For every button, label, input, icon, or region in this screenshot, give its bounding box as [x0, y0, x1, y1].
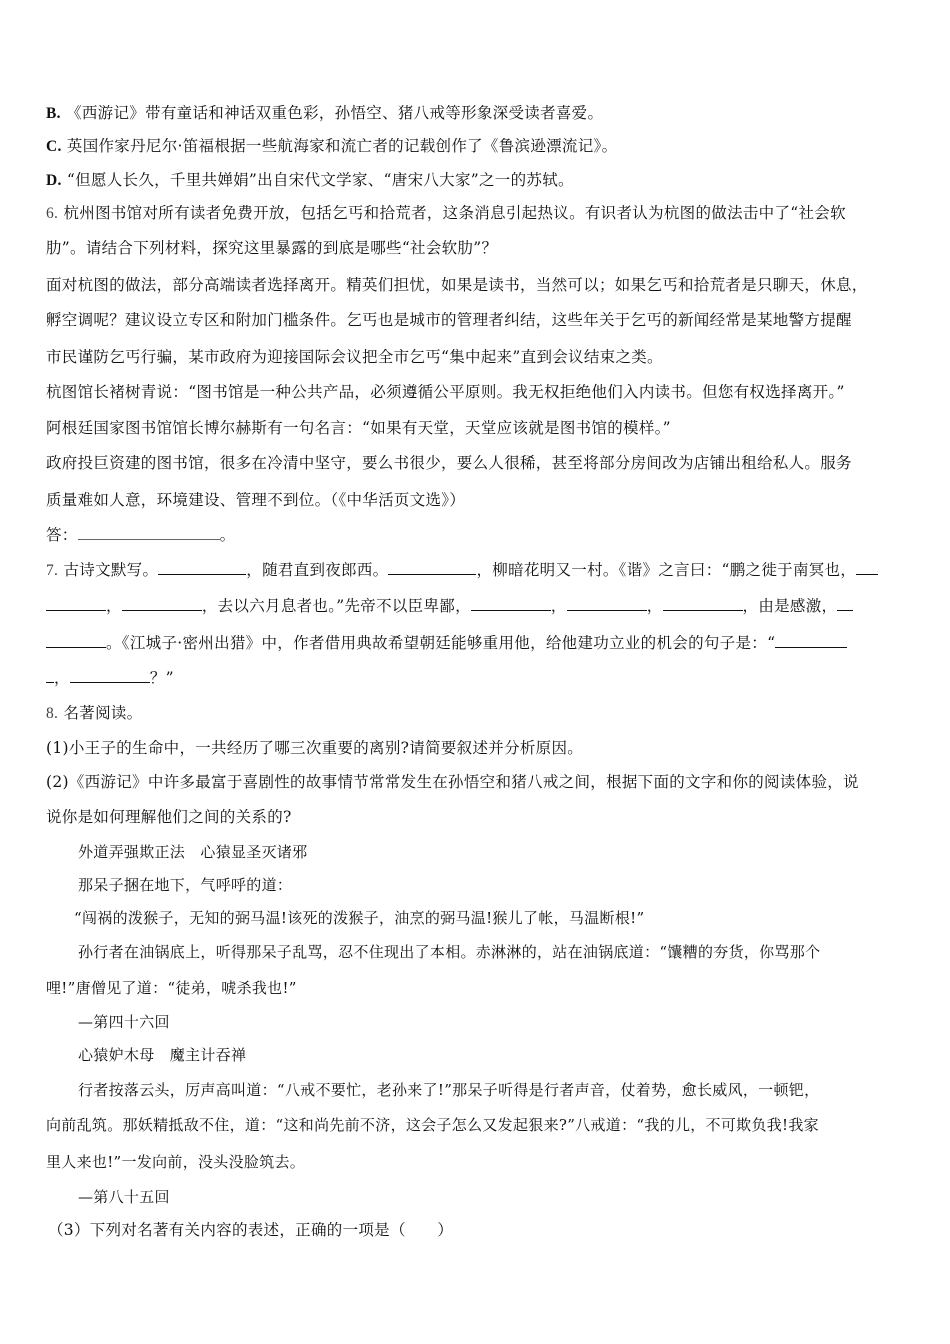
option-c: C. 英国作家丹尼尔·笛福根据一些航海家和流亡者的记载创作了《鲁滨逊漂流记》。: [46, 136, 617, 157]
excerpt2-title: 心猿妒木母 魔主计吞禅: [78, 1045, 246, 1065]
option-b-text: 《西游记》带有童话和神话双重色彩，孙悟空、猪八戒等形象深受读者喜爱。: [66, 104, 603, 122]
excerpt1-p1: 那呆子捆在地下，气呼呼的道：: [78, 875, 292, 895]
excerpt1-source: —第四十六回: [78, 1012, 170, 1032]
q7-text-2d: ，: [647, 597, 663, 615]
q6-material3: 阿根廷国家图书馆馆长博尔赫斯有一句名言：“如果有天堂，天堂应该就是图书馆的模样。…: [46, 418, 671, 438]
q6-prompt-line1: 6. 杭州图书馆对所有读者免费开放，包括乞丐和拾荒者，这条消息引起热议。有识者认…: [46, 203, 846, 224]
q7-blank-3a[interactable]: [856, 560, 878, 575]
option-d-text: “但愿人长久，千里共婵娟”出自宋代文学家、“唐宋八大家”之一的苏轼。: [67, 171, 574, 189]
q6-material2: 杭图馆长褚树青说：“图书馆是一种公共产品，必须遵循公平原则。我无权拒绝他们入内读…: [46, 382, 845, 402]
option-b-label: B.: [46, 105, 61, 122]
q7-text-4b: ？”: [150, 669, 174, 687]
q7-blank-9b[interactable]: [46, 668, 54, 683]
excerpt1-title: 外道弄强欺正法 心猿显圣灭诸邪: [78, 842, 308, 862]
q7-blank-2[interactable]: [388, 560, 476, 575]
option-d-label: D.: [46, 172, 62, 189]
q6-material1-line1: 面对杭图的做法，部分高端读者选择离开。精英们担忧，如果是读书，当然可以；如果乞丐…: [46, 275, 868, 295]
q7-line4: ，？”: [46, 668, 174, 688]
q6-material1-line3: 市民谨防乞丐行骗，某市政府为迎接国际会议把全市乞丐“集中起来”直到会议结束之类。: [46, 347, 663, 367]
excerpt2-p1-line1: 行者按落云头，厉声高叫道：“八戒不要忙，老孙来了!”那呆子听得是行者声音，仗着势…: [78, 1080, 819, 1100]
q8-title-line: 8. 名著阅读。: [46, 703, 142, 724]
q7-line1: 7. 古诗文默写。，随君直到夜郎西。，柳暗花明又一村。《谐》之言曰：“鹏之徙于南…: [46, 560, 878, 581]
q8-title: 名著阅读。: [63, 704, 142, 722]
q6-number: 6.: [46, 205, 58, 222]
q7-blank-1[interactable]: [158, 560, 246, 575]
q7-line3: 。《江城子·密州出猎》中，作者借用典故希望朝廷能够重用他，给他建功立业的机会的句…: [46, 633, 847, 653]
q6-prompt-line2: 肋”。请结合下列材料，探究这里暴露的到底是哪些“社会软肋”？: [46, 238, 497, 258]
q7-text-2a: ，: [106, 597, 122, 615]
q7-blank-5[interactable]: [471, 596, 551, 611]
q7-line2: ，，去以六月息者也。”先帝不以臣卑鄙，，，，由是感激，: [46, 596, 853, 616]
q7-text-1c: ，柳暗花明又一村。《谐》之言曰：“鹏之徙于南冥也，: [476, 561, 856, 579]
q7-text-2e: ，由是感激，: [743, 597, 838, 615]
option-b: B. 《西游记》带有童话和神话双重色彩，孙悟空、猪八戒等形象深受读者喜爱。: [46, 103, 603, 124]
q8-number: 8.: [46, 705, 58, 722]
excerpt1-p2: “闯祸的泼猴子，无知的弼马温!该死的泼猴子，油烹的弼马温!猴儿了帐，马温断根!”: [74, 908, 644, 928]
q7-blank-8a[interactable]: [837, 596, 853, 611]
q7-text-2c: ，: [551, 597, 567, 615]
excerpt2-p1-line2: 向前乱筑。那妖精抵敌不住，道：“这和尚先前不济，这会子怎么又发起狠来?”八戒道：…: [46, 1115, 819, 1135]
q8-sub2-line2: 说你是如何理解他们之间的关系的?: [46, 807, 292, 827]
q7-blank-9a[interactable]: [775, 633, 847, 648]
q6-answer-line: 答：。: [46, 525, 235, 545]
excerpt2-source: —第八十五回: [78, 1187, 170, 1207]
excerpt1-p3-line1: 孙行者在油锅底上，听得那呆子乱骂，忍不住现出了本相。赤淋淋的，站在油锅底道：“馕…: [78, 942, 820, 962]
q7-blank-4[interactable]: [122, 596, 202, 611]
q7-blank-7[interactable]: [663, 596, 743, 611]
option-c-text: 英国作家丹尼尔·笛福根据一些航海家和流亡者的记载创作了《鲁滨逊漂流记》。: [67, 137, 617, 155]
option-d: D. “但愿人长久，千里共婵娟”出自宋代文学家、“唐宋八大家”之一的苏轼。: [46, 170, 574, 191]
q7-text-1b: ，随君直到夜郎西。: [246, 561, 388, 579]
q7-blank-10[interactable]: [70, 668, 150, 683]
q7-number: 7.: [46, 562, 58, 579]
q8-sub2-line1: (2)《西游记》中许多最富于喜剧性的故事情节常常发生在孙悟空和猪八戒之间，根据下…: [46, 772, 859, 792]
q6-material4-line2: 质量难如人意，环境建设、管理不到位。（《中华活页文选》）: [46, 490, 465, 510]
q6-answer-blank[interactable]: [78, 525, 220, 540]
q7-text-3a: 。《江城子·密州出猎》中，作者借用典故希望朝廷能够重用他，给他建功立业的机会的句…: [106, 634, 775, 652]
q7-text-4a: ，: [54, 669, 70, 687]
excerpt1-p3-line2: 哩!”唐僧见了道：“徒弟，唬杀我也!”: [46, 978, 297, 998]
q6-material4-line1: 政府投巨资建的图书馆，很多在冷清中坚守，要么书很少，要么人很稀，甚至将部分房间改…: [46, 453, 852, 473]
excerpt2-p1-line3: 里人来也!”一发向前，没头没脸筑去。: [46, 1152, 305, 1172]
q7-blank-8b[interactable]: [46, 633, 106, 648]
q7-text-1a: 古诗文默写。: [63, 561, 158, 579]
q6-answer-end: 。: [220, 526, 236, 544]
q7-text-2b: ，去以六月息者也。”先帝不以臣卑鄙，: [202, 597, 471, 615]
q6-material1-line2: 孵空调呢？建议设立专区和附加门槛条件。乞丐也是城市的管理者纠结，这些年关于乞丐的…: [46, 310, 852, 330]
q8-sub1: (1)小王子的生命中，一共经历了哪三次重要的离别?请简要叙述并分析原因。: [46, 738, 583, 758]
q6-prompt-text1: 杭州图书馆对所有读者免费开放，包括乞丐和拾荒者，这条消息引起热议。有识者认为杭图…: [63, 204, 845, 222]
q7-blank-6[interactable]: [567, 596, 647, 611]
q8-sub3: （3）下列对名著有关内容的表述，正确的一项是（ ）: [48, 1220, 453, 1240]
q6-answer-label: 答：: [46, 526, 78, 544]
q7-blank-3b[interactable]: [46, 596, 106, 611]
option-c-label: C.: [46, 138, 62, 155]
